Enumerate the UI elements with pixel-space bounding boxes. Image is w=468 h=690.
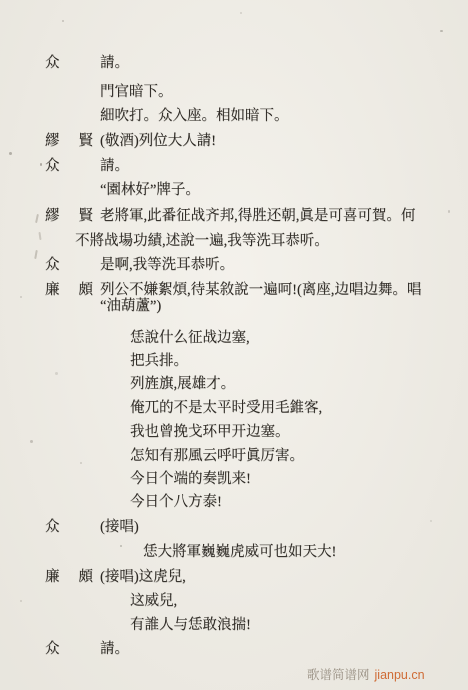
- speaker-name: 廉頗: [45, 282, 93, 299]
- speaker-name: 众: [45, 641, 93, 658]
- lyric-line: 这威兒,: [130, 593, 177, 610]
- stage-direction: 門官暗下。: [100, 84, 173, 101]
- lyric-line: 恁說什么征战边塞,: [130, 330, 250, 347]
- speaker-name: 繆賢: [45, 133, 93, 150]
- dialogue-text: (接唱): [100, 519, 139, 536]
- speaker-name: 廉頗: [45, 569, 93, 586]
- dialogue-text: 請。: [100, 641, 129, 658]
- watermark-site-url: jianpu.cn: [375, 668, 425, 682]
- speaker-name: 众: [45, 55, 93, 72]
- stage-direction: “油葫蘆”): [100, 298, 161, 315]
- speaker-name: 众: [45, 519, 93, 536]
- lyric-line: 有誰人与恁敢浪揣!: [130, 617, 251, 634]
- dialogue-text: (接唱)这虎兒,: [100, 569, 186, 586]
- lyric-line: 今日个端的奏凯来!: [130, 471, 251, 488]
- dialogue-text: 請。: [100, 55, 129, 72]
- stage-direction: 細吹打。众入座。相如暗下。: [100, 108, 289, 125]
- dialogue-text: 請。: [100, 158, 129, 175]
- script-page: 众 請。 門官暗下。 細吹打。众入座。相如暗下。 繆賢 (敬酒)列位大人請! 众…: [0, 0, 468, 690]
- lyric-line: 我也曾挽戈环甲开边塞。: [130, 424, 290, 441]
- watermark: 歌谱简谱网jianpu.cn: [307, 665, 425, 683]
- stage-direction: “園林好”牌子。: [100, 182, 200, 199]
- speaker-name: 繆賢: [45, 208, 93, 225]
- dialogue-text: 老將軍,此番征战齐邦,得胜还朝,眞是可喜可賀。何: [100, 208, 415, 225]
- dialogue-text-continuation: 不將战場功績,述說一遍,我等洗耳恭听。: [75, 233, 329, 250]
- lyric-line: 俺兀的不是太平时受用毛錐客,: [130, 400, 322, 417]
- lyric-line: 恁大將軍巍巍虎威可也如天大!: [143, 544, 336, 561]
- speaker-name: 众: [45, 158, 93, 175]
- speaker-name: 众: [45, 257, 93, 274]
- dialogue-text: 列公不嫌絮煩,待某敘說一遍呵!(离座,边唱边舞。唱: [100, 282, 421, 299]
- dialogue-text: (敬酒)列位大人請!: [100, 133, 216, 150]
- dialogue-text: 是啊,我等洗耳恭听。: [100, 257, 234, 274]
- lyric-line: 把兵排。: [130, 353, 188, 370]
- watermark-site-name: 歌谱简谱网: [307, 668, 370, 682]
- lyric-line: 怎知有那風云呼吁眞厉害。: [130, 448, 304, 465]
- lyric-line: 今日个八方泰!: [130, 494, 222, 511]
- lyric-line: 列旌旗,展雄才。: [130, 376, 235, 393]
